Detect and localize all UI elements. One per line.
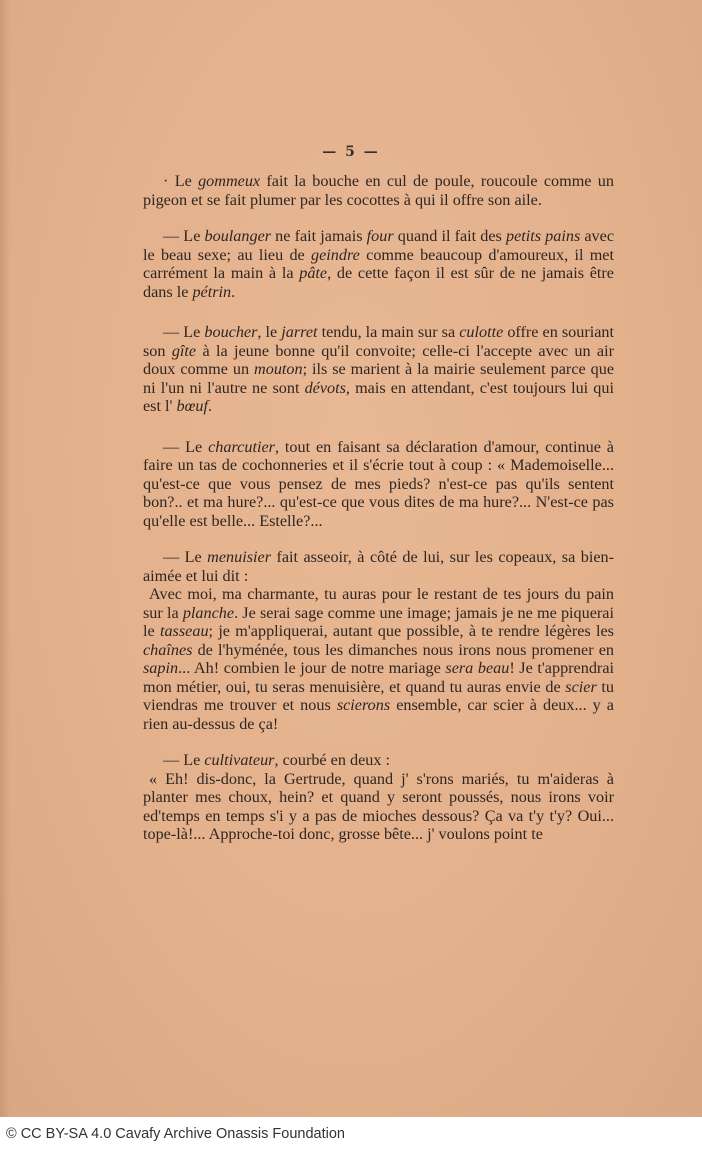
- paragraph-cultivateur-intro: — Le cultivateur, courbé en deux :: [143, 751, 614, 770]
- paragraph-boucher: — Le boucher, le jarret tendu, la main s…: [143, 323, 614, 416]
- paragraph-charcutier: — Le charcutier, tout en faisant sa décl…: [143, 438, 614, 531]
- page-number: — 5 —: [0, 144, 702, 160]
- scanned-page: — 5 — · Le gommeux fait la bouche en cul…: [0, 0, 702, 1117]
- body-text: · Le gommeux fait la bouche en cul de po…: [143, 172, 614, 844]
- paragraph-menuisier-intro: — Le menuisier fait asseoir, à côté de l…: [143, 548, 614, 585]
- paragraph-menuisier-speech: Avec moi, ma charmante, tu auras pour le…: [143, 585, 614, 733]
- credit-bar: © CC BY-SA 4.0 Cavafy Archive Onassis Fo…: [0, 1117, 702, 1152]
- license-credit: © CC BY-SA 4.0 Cavafy Archive Onassis Fo…: [6, 1126, 345, 1142]
- paragraph-gommeux: · Le gommeux fait la bouche en cul de po…: [143, 172, 614, 209]
- paragraph-boulanger: — Le boulanger ne fait jamais four quand…: [143, 227, 614, 301]
- paragraph-cultivateur-speech: « Eh! dis-donc, la Gertrude, quand j' s'…: [143, 770, 614, 844]
